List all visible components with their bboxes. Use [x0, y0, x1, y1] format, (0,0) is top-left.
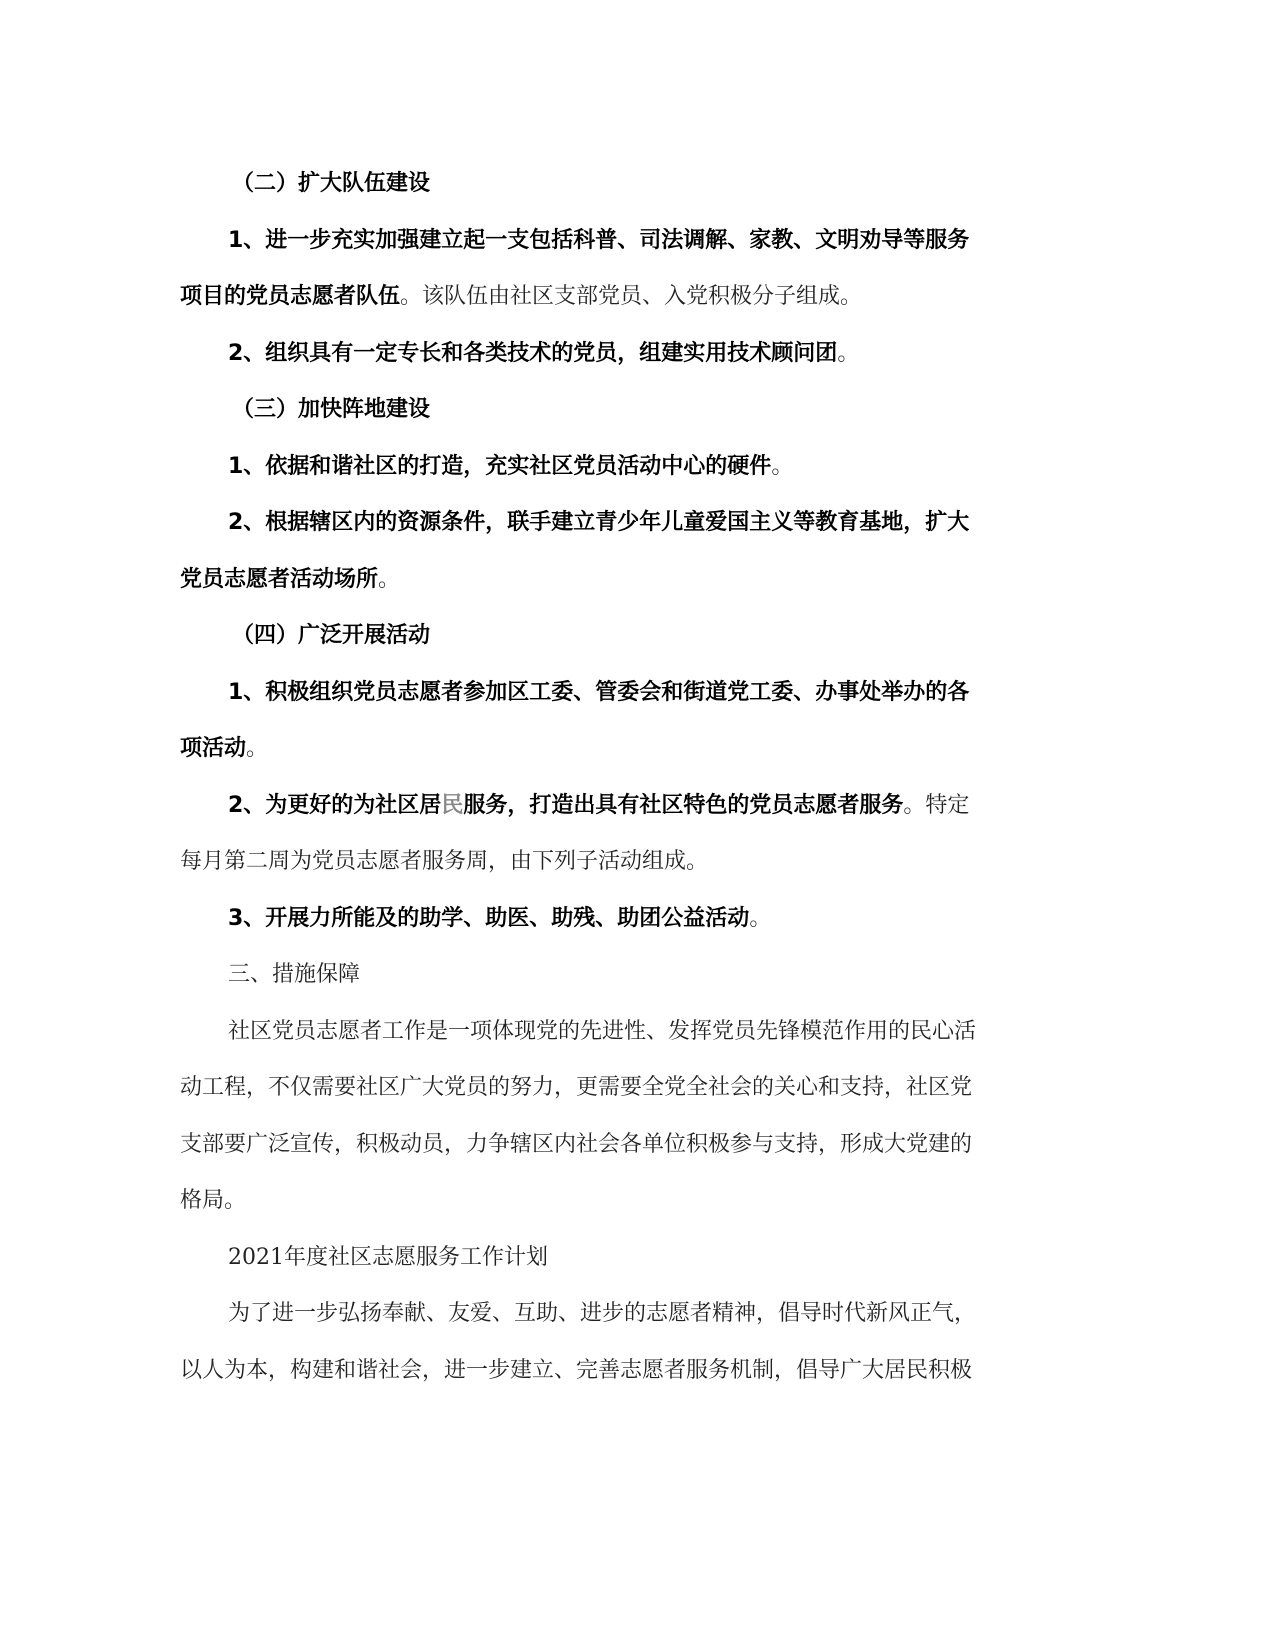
paragraph-line: 社区党员志愿者工作是一项体现党的先进性、发挥党员先锋模范作用的民心活	[228, 1017, 976, 1047]
paragraph-line: 为了进一步弘扬奉献、友爱、互助、进步的志愿者精神，倡导时代新风正气，	[228, 1299, 976, 1329]
section-heading-activities: （四）广泛开展活动	[232, 621, 430, 651]
section-heading-measures: 三、措施保障	[228, 960, 360, 990]
text-run: 。该队伍由社区支部党员、入党积极分子组成。	[400, 284, 862, 309]
text-run: 以人为本，构建和谐社会，进一步建立、完善志愿者服务机制，倡导广大居民积极	[180, 1358, 972, 1383]
paragraph-line: 每月第二周为党员志愿者服务周，由下列子活动组成。	[180, 847, 708, 877]
text-run: 1、依据和谐社区的打造，充实社区党员活动中心的硬件	[228, 454, 771, 479]
paragraph-line: 3、开展力所能及的助学、助医、助残、助团公益活动。	[228, 904, 771, 934]
text-run: 每月第二周为党员志愿者服务周，由下列子活动组成。	[180, 849, 708, 874]
text-run: 服务，打造出具有社区特色的党员志愿者服务	[463, 793, 903, 818]
text-run: 。	[749, 906, 771, 931]
text-run: 。	[771, 454, 793, 479]
text-run: 动工程，不仅需要社区广大党员的努力，更需要全党全社会的关心和支持，社区党	[180, 1075, 972, 1100]
text-run: 。特定	[903, 793, 969, 818]
paragraph-line: 支部要广泛宣传，积极动员，力争辖区内社会各单位积极参与支持，形成大党建的	[180, 1130, 972, 1160]
paragraph-line: 1、积极组织党员志愿者参加区工委、管委会和街道党工委、办事处举办的各	[228, 678, 969, 708]
text-run: （二）扩大队伍建设	[232, 171, 430, 196]
text-run: 2、组织具有一定专长和各类技术的党员，组建实用技术顾问团	[228, 341, 837, 366]
section-heading-position-building: （三）加快阵地建设	[232, 395, 430, 425]
text-run: 。	[837, 341, 859, 366]
text-run: 项目的党员志愿者队伍	[180, 284, 400, 309]
text-run: 三、措施保障	[228, 962, 360, 987]
paragraph-line: 2、为更好的为社区居民服务，打造出具有社区特色的党员志愿者服务。特定	[228, 791, 969, 821]
text-run: 2021年度社区志愿服务工作计划	[228, 1245, 548, 1270]
paragraph-line: 1、进一步充实加强建立起一支包括科普、司法调解、家教、文明劝导等服务	[228, 226, 969, 256]
section-heading-expand-team: （二）扩大队伍建设	[232, 169, 430, 199]
text-run: 支部要广泛宣传，积极动员，力争辖区内社会各单位积极参与支持，形成大党建的	[180, 1132, 972, 1157]
text-run: 2、为更好的为社区居	[228, 793, 441, 818]
text-run: 社区党员志愿者工作是一项体现党的先进性、发挥党员先锋模范作用的民心活	[228, 1019, 976, 1044]
text-run: 党员志愿者活动场所	[180, 567, 378, 592]
paragraph-line: 项目的党员志愿者队伍。该队伍由社区支部党员、入党积极分子组成。	[180, 282, 862, 312]
text-run: 2、根据辖区内的资源条件，联手建立青少年儿童爱国主义等教育基地，扩大	[228, 510, 969, 535]
text-run: 。	[246, 736, 268, 761]
text-run: 3、开展力所能及的助学、助医、助残、助团公益活动	[228, 906, 749, 931]
paragraph-line: 1、依据和谐社区的打造，充实社区党员活动中心的硬件。	[228, 452, 793, 482]
text-run: 民	[441, 793, 463, 818]
text-run: 1、进一步充实加强建立起一支包括科普、司法调解、家教、文明劝导等服务	[228, 228, 969, 253]
text-run: 为了进一步弘扬奉献、友爱、互助、进步的志愿者精神，倡导时代新风正气，	[228, 1301, 976, 1326]
text-run: 1、积极组织党员志愿者参加区工委、管委会和街道党工委、办事处举办的各	[228, 680, 969, 705]
document-title-line: 2021年度社区志愿服务工作计划	[228, 1243, 548, 1273]
paragraph-line: 格局。	[180, 1186, 246, 1216]
text-run: 项活动	[180, 736, 246, 761]
paragraph-line: 党员志愿者活动场所。	[180, 565, 400, 595]
paragraph-line: 2、根据辖区内的资源条件，联手建立青少年儿童爱国主义等教育基地，扩大	[228, 508, 969, 538]
text-run: 。	[378, 567, 400, 592]
text-run: （三）加快阵地建设	[232, 397, 430, 422]
text-run: 格局。	[180, 1188, 246, 1213]
text-run: （四）广泛开展活动	[232, 623, 430, 648]
paragraph-line: 以人为本，构建和谐社会，进一步建立、完善志愿者服务机制，倡导广大居民积极	[180, 1356, 972, 1386]
document-page: （二）扩大队伍建设 1、进一步充实加强建立起一支包括科普、司法调解、家教、文明劝…	[0, 0, 1275, 1650]
paragraph-line: 项活动。	[180, 734, 268, 764]
paragraph-line: 动工程，不仅需要社区广大党员的努力，更需要全党全社会的关心和支持，社区党	[180, 1073, 972, 1103]
paragraph-line: 2、组织具有一定专长和各类技术的党员，组建实用技术顾问团。	[228, 339, 859, 369]
